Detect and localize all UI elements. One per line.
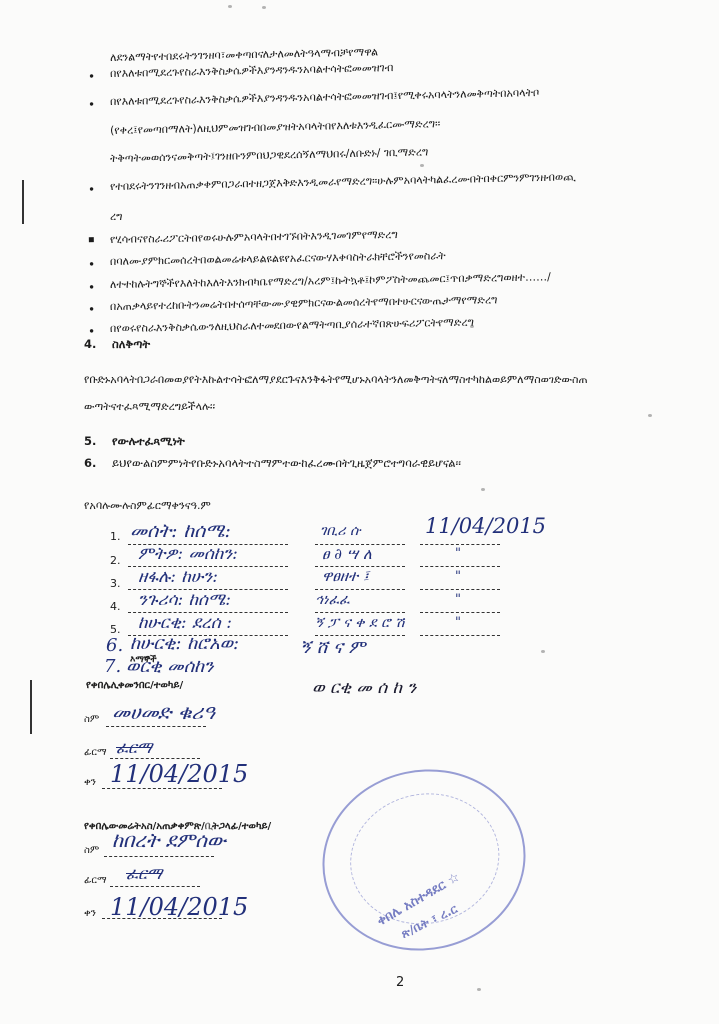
scan-speck (481, 488, 485, 491)
signatory-signature: ገቢሪ ሰ· (320, 523, 363, 539)
row-number: 7. (104, 656, 121, 677)
document-page: ለደንልማትየተበደሩትንገንዘባ፣መቀጣበናለታለመለትዓላማብቻየማዋል በ… (0, 0, 719, 1024)
row-number: 4. (110, 600, 121, 613)
chair-sign-label: ፊርማ (84, 747, 107, 758)
bullet-item: የሂሳብናየስራሪፖርትበየወሩሁሉምአባላትበተገኙበትእንዲገመገምየማድረ… (110, 228, 398, 247)
officer-date-label: ቀን (84, 908, 96, 919)
scan-speck (477, 988, 481, 991)
section-heading: 4.ስለቅጣት (84, 337, 150, 352)
signatory-signature: ኅነፈፈ (315, 592, 350, 608)
bullet-continuation: ትቅጣትመወሰንናመቅጣት፤ገንዘቡንምበህጋዊደረሰኝለማህበሩ/ለቡድኑ/ … (110, 145, 429, 166)
bullet-text: በባለሙያምክርመሰረትበወልመሬቱላይልዩልዩየአፈርናውሃእቀባስትራክቸሮ… (110, 249, 446, 268)
officer-name-value: ከበረት ደምሰው (112, 828, 226, 852)
officer-sign-line (110, 886, 200, 887)
scan-speck (648, 414, 652, 417)
chair-sign-line (110, 758, 200, 759)
officer-signature: ፈርማ (126, 864, 162, 884)
scan-speck (420, 164, 424, 167)
signature-line (315, 589, 405, 590)
signatory-signature: ዋፀዘተ ፤ (322, 567, 369, 585)
margin-mark (22, 180, 24, 224)
section-number: 5. (84, 434, 112, 448)
chair-date-line (102, 788, 222, 789)
scan-speck (228, 5, 232, 8)
chair-heading: የቀበሌሊቀመንበር/ተወካይ/ (86, 680, 183, 691)
date-line (420, 589, 500, 590)
signatory-signature: ኝ ፓ ና ቀ ደ ሮ ሽ (315, 615, 404, 631)
signatory-date: " (455, 546, 461, 561)
section-title: ስለቅጣት (112, 337, 150, 351)
signatory-date: " (455, 615, 461, 630)
official-stamp: ቀበሌ አስተዳደር ☆ ጽ/ቤት ፣ ረ.ር (306, 751, 543, 969)
signatory-name: ከሁርቂ: ደረሰ : (138, 613, 232, 633)
officer-sign-label: ፊርማ (84, 875, 107, 886)
signatory-signature: ፀ ∂ ሣ ለ (322, 545, 372, 563)
bullet-text: የሂሳብናየስራሪፖርትበየወሩሁሉምአባላትበተገኙበትእንዲገመገምየማድረ… (110, 228, 398, 246)
signatory-name: ወርቂ መሰከን (126, 656, 214, 677)
section-heading: 5.የውሉተፈጻሚነት (84, 434, 185, 449)
bullet-continuation: (የቀረ፤የመጣበማለት)ለዚህምመዝገብበመያዝትአባላትበየእለቱእንዲፈር… (110, 117, 441, 138)
scan-speck (262, 6, 266, 9)
chair-name-value: መሀመድ ቁሪዓ (112, 700, 215, 724)
signatory-name: መሰት: ከሰሜ: (130, 520, 231, 542)
bullet-text: ለተተከሉትግኞችየእለትከእለትእንክብካቤየማድረግ/አረም፤ኩትኳቶ፤ኮም… (110, 270, 551, 291)
signatory-signature: ኝ ሸ ና ም (300, 637, 365, 658)
chair-date-label: ቀን (84, 777, 96, 788)
bullet-item: ለተተከሉትግኞችየእለትከእለትእንክብካቤየማድረግ/አረም፤ኩትኳቶ፤ኮም… (110, 270, 551, 292)
signatory-name: ንጉሪሳ: ከሰሜ: (138, 590, 231, 610)
bullet-text: በአጠቃላይየተረከቡትንመሬትበተሰጣቸውሙያዊምክርናውልመሰረትየማበተሁ… (110, 293, 498, 313)
paragraph-line: የቡድኑአባላትበጋራበመወያየትእኩልተሳትፎለማያደርጉናእንቅፋትየሚሆኑ… (84, 373, 588, 387)
chair-name-line (106, 726, 206, 727)
scan-speck (541, 650, 545, 653)
row-number: 1. (110, 530, 121, 543)
bullet-text: በየእለቱበሚደረጉየስራእንቅስቃሴዎችእያንዳንዱንአባልተሳትፎመመዝገብ… (110, 86, 540, 108)
row-number: 3. (110, 577, 121, 590)
bullet-item: በባለሙያምክርመሰረትበወልመሬቱላይልዩልዩየአፈርናውሃእቀባስትራክቸሮ… (110, 249, 446, 269)
signatory-date: " (455, 569, 461, 584)
signatory-row: 7. ወርቂ መሰከን (110, 660, 530, 678)
bullet-continuation: ረግ (110, 210, 123, 224)
officer-name-label: ስም (84, 845, 99, 856)
date-line (420, 635, 500, 636)
signatory-name: ዘፋሉ: ከሁን: (138, 567, 218, 587)
section-number: 4. (84, 337, 112, 351)
paragraph-line: ውጣትናተፈጻሚማድረግይችላሉ፡፡ (84, 400, 215, 414)
section-text: ይህየውልስምምነትየቡድኑአባላትተስማምተውከፈረሙበትጊዜጀምሮተግባራዊ… (112, 456, 461, 470)
bullet-item: የተበደሩትንገንዘብአጠቃቀምበጋራበተዘጋጀእቅድእንዲመራየማድረግ፡፡ሁ… (110, 170, 576, 194)
signature-line (315, 635, 405, 636)
signature-line (315, 612, 405, 613)
signatory-date: 11/04/2015 (425, 514, 546, 538)
bullet-item: በየእለቱበሚደረጉየስራእንቅስቃሴዎችእያንዳንዱንአባልተሳትፎመመዝገብ… (110, 86, 540, 109)
bullet-item: በየወሩየስራእንቅስቃሴውንለዚህስራለተመደበውየልማትጣቢያሰራተኛበጽሁ… (110, 316, 474, 336)
witness-signature: ወ ርቂ መ ሰ ከ ን (312, 678, 416, 698)
chair-name-label: ስም (84, 714, 99, 725)
bullet-text: የተበደሩትንገንዘብአጠቃቀምበጋራበተዘጋጀእቅድእንዲመራየማድረግ፡፡ሁ… (110, 170, 576, 193)
date-line (420, 544, 500, 545)
signatory-date: " (455, 592, 461, 607)
section-number: 6. (84, 456, 112, 470)
signatory-name: ምትዎ: መሰከን: (138, 544, 238, 564)
section-title: የውሉተፈጻሚነት (112, 434, 185, 448)
officer-name-line (104, 856, 214, 857)
row-number: 6. (106, 635, 123, 656)
row-number: 2. (110, 554, 121, 567)
bullet-text: በየወሩየስራእንቅስቃሴውንለዚህስራለተመደበውየልማትጣቢያሰራተኛበጽሁ… (110, 316, 474, 335)
officer-date-value: 11/04/2015 (110, 893, 248, 921)
signatories-heading: የአባሉሙሉስምፊርማቀንናዓ.ም (84, 499, 211, 513)
date-line (420, 566, 500, 567)
bullet-item: በአጠቃላይየተረከቡትንመሬትበተሰጣቸውሙያዊምክርናውልመሰረትየማበተሁ… (110, 293, 498, 314)
signatory-name: ከሁርቂ: ከሮአወ: (130, 633, 239, 654)
section-statement: 6.ይህየውልስምምነትየቡድኑአባላትተስማምተውከፈረሙበትጊዜጀምሮተግባ… (84, 456, 461, 471)
chair-signature: ፈርማ (116, 738, 152, 758)
margin-mark (30, 680, 32, 734)
chair-date-value: 11/04/2015 (110, 760, 248, 788)
date-line (420, 612, 500, 613)
page-number: 2 (396, 975, 404, 990)
